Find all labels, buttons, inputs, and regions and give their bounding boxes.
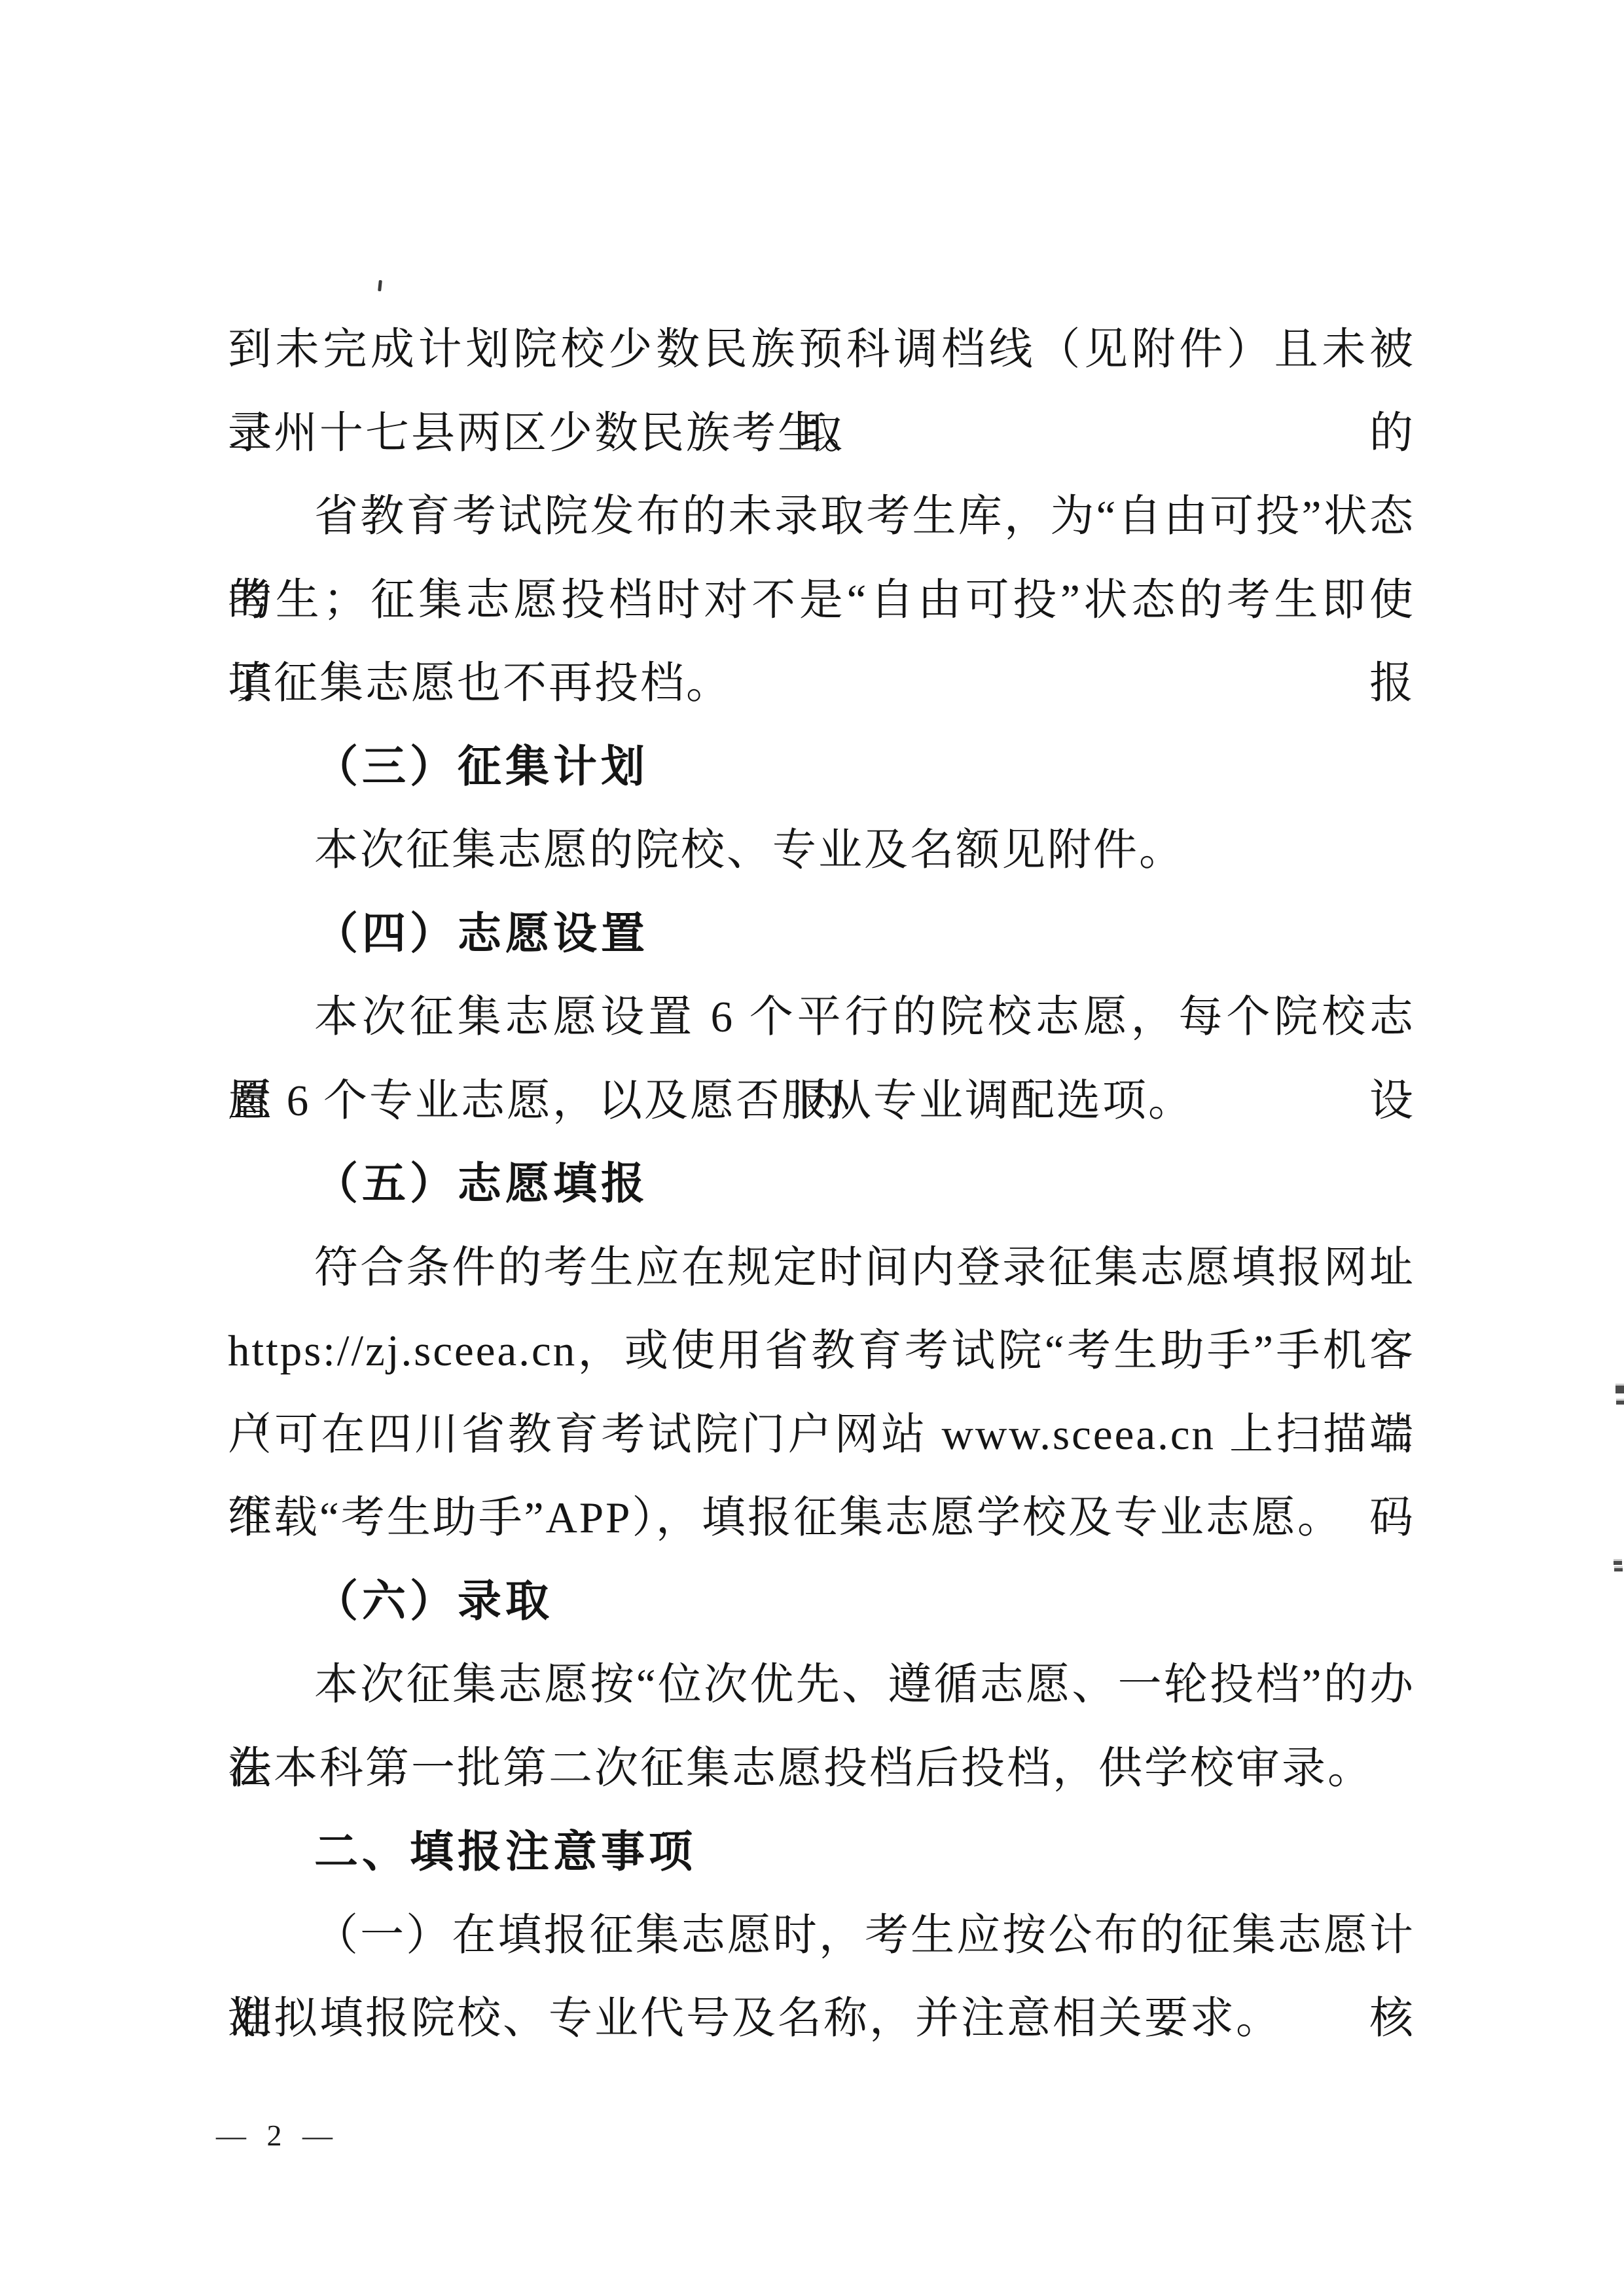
body-line: 在本科第一批第二次征集志愿投档后投档，供学校审录。 [228, 1727, 1415, 1811]
scan-speck [1614, 1559, 1622, 1565]
scan-speck [1614, 1566, 1623, 1571]
scan-speck [1616, 1399, 1624, 1405]
body-line: 准拟填报院校、专业代号及名称，并注意相关要求。 [228, 1977, 1415, 2061]
body-line: 本次征集志愿的院校、专业及名额见附件。 [228, 809, 1415, 893]
document-body: 到未完成计划院校少数民族预科调档线（见附件）且未被录取的 三州十七县两区少数民族… [228, 308, 1415, 2061]
body-line: 本次征集志愿设置 6 个平行的院校志愿，每个院校志愿内设 [228, 976, 1415, 1060]
body-line: 考生；征集志愿投档时对不是“自由可投”状态的考生即使填报 [228, 559, 1415, 643]
section-heading-six: （六）录取 [228, 1560, 1415, 1644]
chapter-heading-two: 二、填报注意事项 [228, 1810, 1415, 1894]
section-heading-five: （五）志愿填报 [228, 1143, 1415, 1227]
page-number: — 2 — [216, 2106, 339, 2165]
section-heading-four: （四）志愿设置 [228, 893, 1415, 977]
body-line: 符合条件的考生应在规定时间内登录征集志愿填报网址 [228, 1227, 1415, 1310]
scan-speck [378, 280, 382, 291]
body-line: 下载“考生助手”APP），填报征集志愿学校及专业志愿。 [228, 1477, 1415, 1560]
body-line: 到未完成计划院校少数民族预科调档线（见附件）且未被录取的 [228, 308, 1415, 392]
body-line: （一）在填报征集志愿时，考生应按公布的征集志愿计划核 [228, 1894, 1415, 1978]
body-line: 省教育考试院发布的未录取考生库，为“自由可投”状态的 [228, 475, 1415, 559]
document-page: 到未完成计划院校少数民族预科调档线（见附件）且未被录取的 三州十七县两区少数民族… [0, 0, 1624, 2296]
body-line: 本次征集志愿按“位次优先、遵循志愿、一轮投档”的办法 [228, 1643, 1415, 1727]
body-line-url: （可在四川省教育考试院门户网站 www.sceea.cn 上扫描二维码 [228, 1393, 1415, 1477]
scan-speck [1165, 2031, 1170, 2036]
body-line-url: https://zj.sceea.cn，或使用省教育考试院“考生助手”手机客户端 [228, 1310, 1415, 1393]
section-heading-three: （三）征集计划 [228, 726, 1415, 810]
scan-speck [1615, 1384, 1624, 1393]
